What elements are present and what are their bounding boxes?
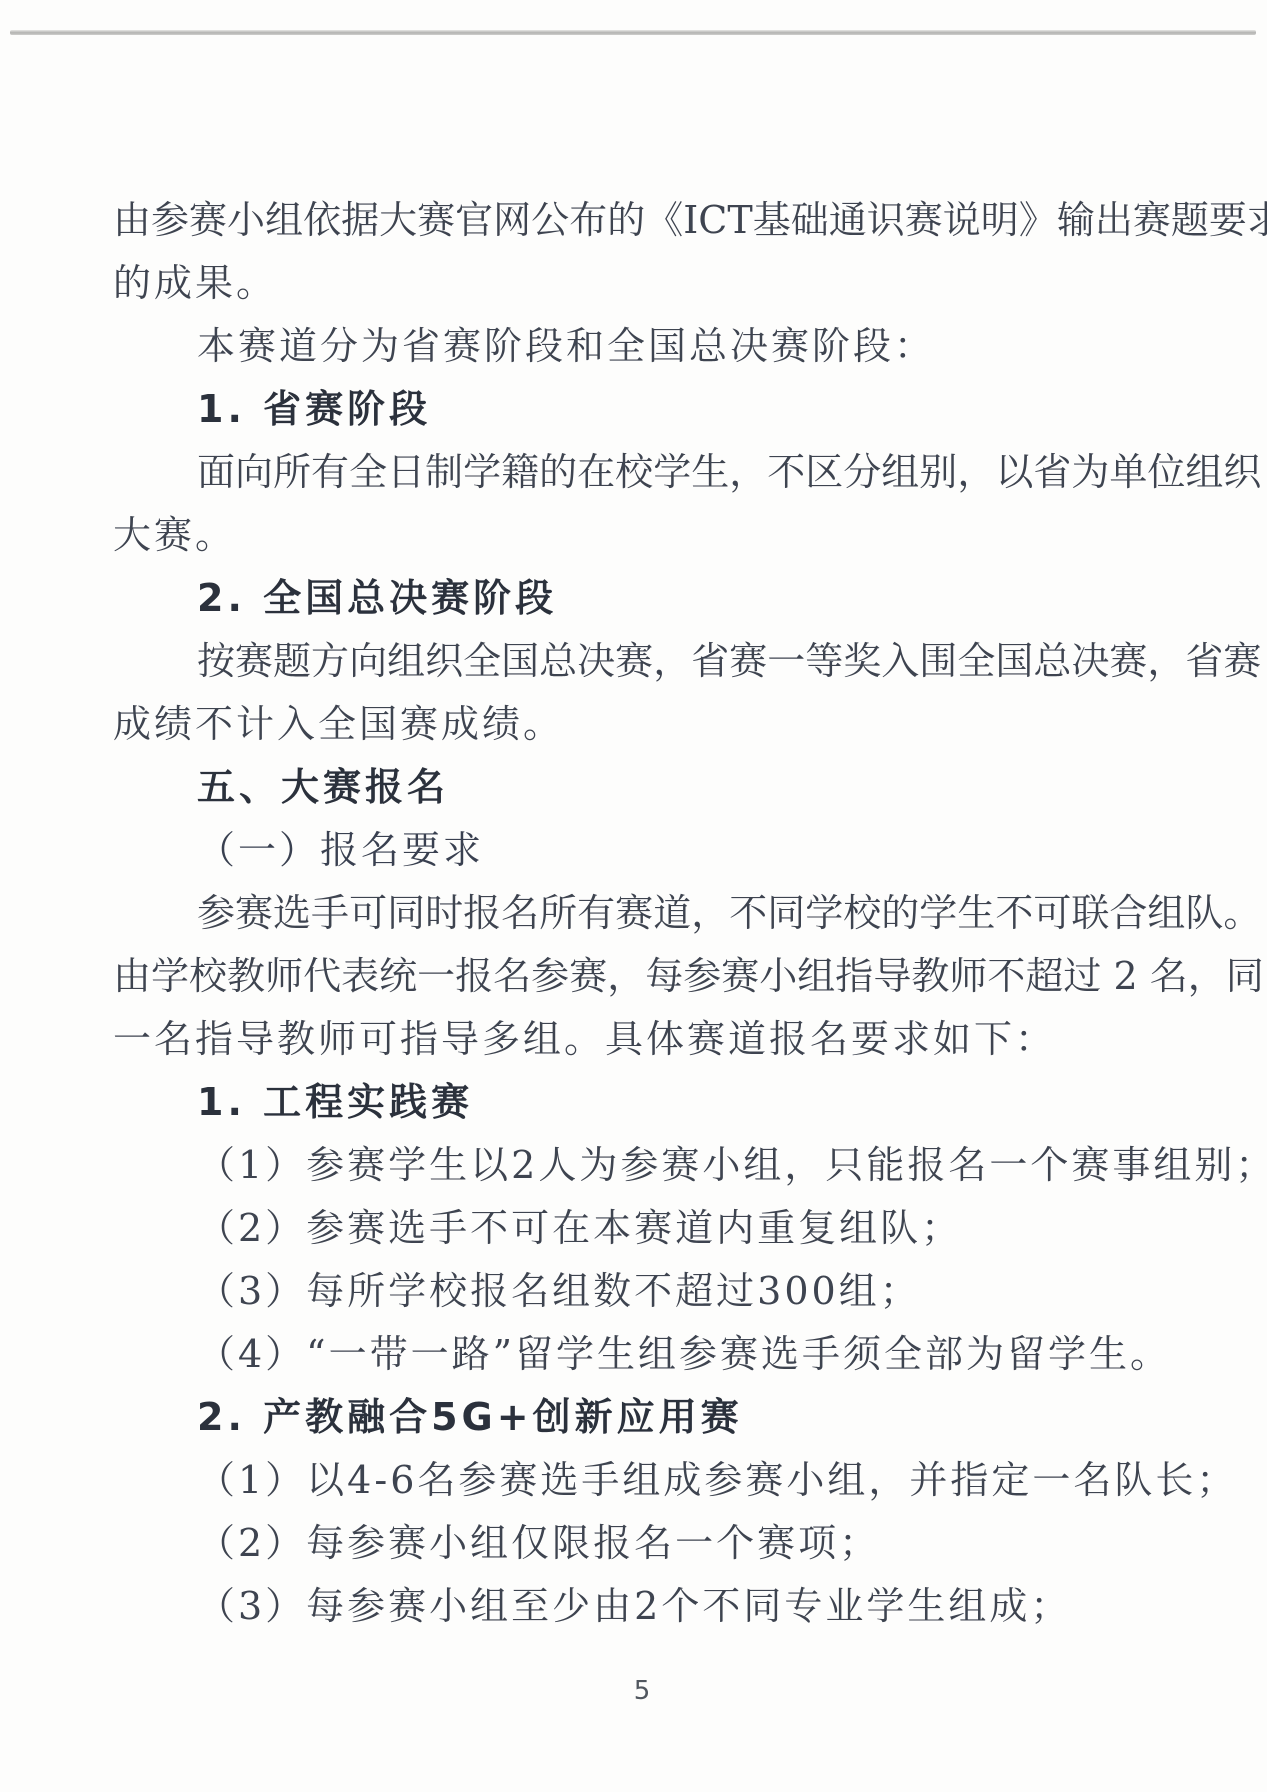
section-heading: 2. 产教融合5G+创新应用赛 <box>113 1395 1170 1458</box>
document-page: 由参赛小组依据大赛官网公布的《ICT基础通识赛说明》输出赛题要求 的成果。 本赛… <box>0 0 1267 1792</box>
scanner-edge-artifact <box>10 30 1256 35</box>
section-heading: 2. 全国总决赛阶段 <box>113 576 1170 639</box>
list-item: （4）“一带一路”留学生组参赛选手须全部为留学生。 <box>113 1332 1170 1395</box>
text-line: 的成果。 <box>113 261 1170 324</box>
list-item: （1）以4-6名参赛选手组成参赛小组，并指定一名队长； <box>113 1458 1170 1521</box>
document-body: 由参赛小组依据大赛官网公布的《ICT基础通识赛说明》输出赛题要求 的成果。 本赛… <box>113 198 1170 1647</box>
section-heading: 1. 工程实践赛 <box>113 1080 1170 1143</box>
text-line: 本赛道分为省赛阶段和全国总决赛阶段： <box>113 324 1170 387</box>
text-line: 由参赛小组依据大赛官网公布的《ICT基础通识赛说明》输出赛题要求 <box>113 198 1170 261</box>
list-item: （3）每参赛小组至少由2个不同专业学生组成； <box>113 1584 1170 1647</box>
page-number: 5 <box>0 1676 1267 1706</box>
list-item: （1）参赛学生以2人为参赛小组，只能报名一个赛事组别； <box>113 1143 1170 1206</box>
section-heading: 1. 省赛阶段 <box>113 387 1170 450</box>
list-item: （2）参赛选手不可在本赛道内重复组队； <box>113 1206 1170 1269</box>
text-line: 由学校教师代表统一报名参赛，每参赛小组指导教师不超过 2 名，同 <box>113 954 1170 1017</box>
sub-heading: （一）报名要求 <box>113 828 1170 891</box>
list-item: （2）每参赛小组仅限报名一个赛项； <box>113 1521 1170 1584</box>
section-heading: 五、大赛报名 <box>113 765 1170 828</box>
list-item: （3）每所学校报名组数不超过300组； <box>113 1269 1170 1332</box>
text-line: 按赛题方向组织全国总决赛，省赛一等奖入围全国总决赛，省赛 <box>113 639 1170 702</box>
text-line: 面向所有全日制学籍的在校学生，不区分组别，以省为单位组织 <box>113 450 1170 513</box>
text-line: 成绩不计入全国赛成绩。 <box>113 702 1170 765</box>
text-line: 大赛。 <box>113 513 1170 576</box>
text-line: 一名指导教师可指导多组。具体赛道报名要求如下： <box>113 1017 1170 1080</box>
text-line: 参赛选手可同时报名所有赛道，不同学校的学生不可联合组队。 <box>113 891 1170 954</box>
